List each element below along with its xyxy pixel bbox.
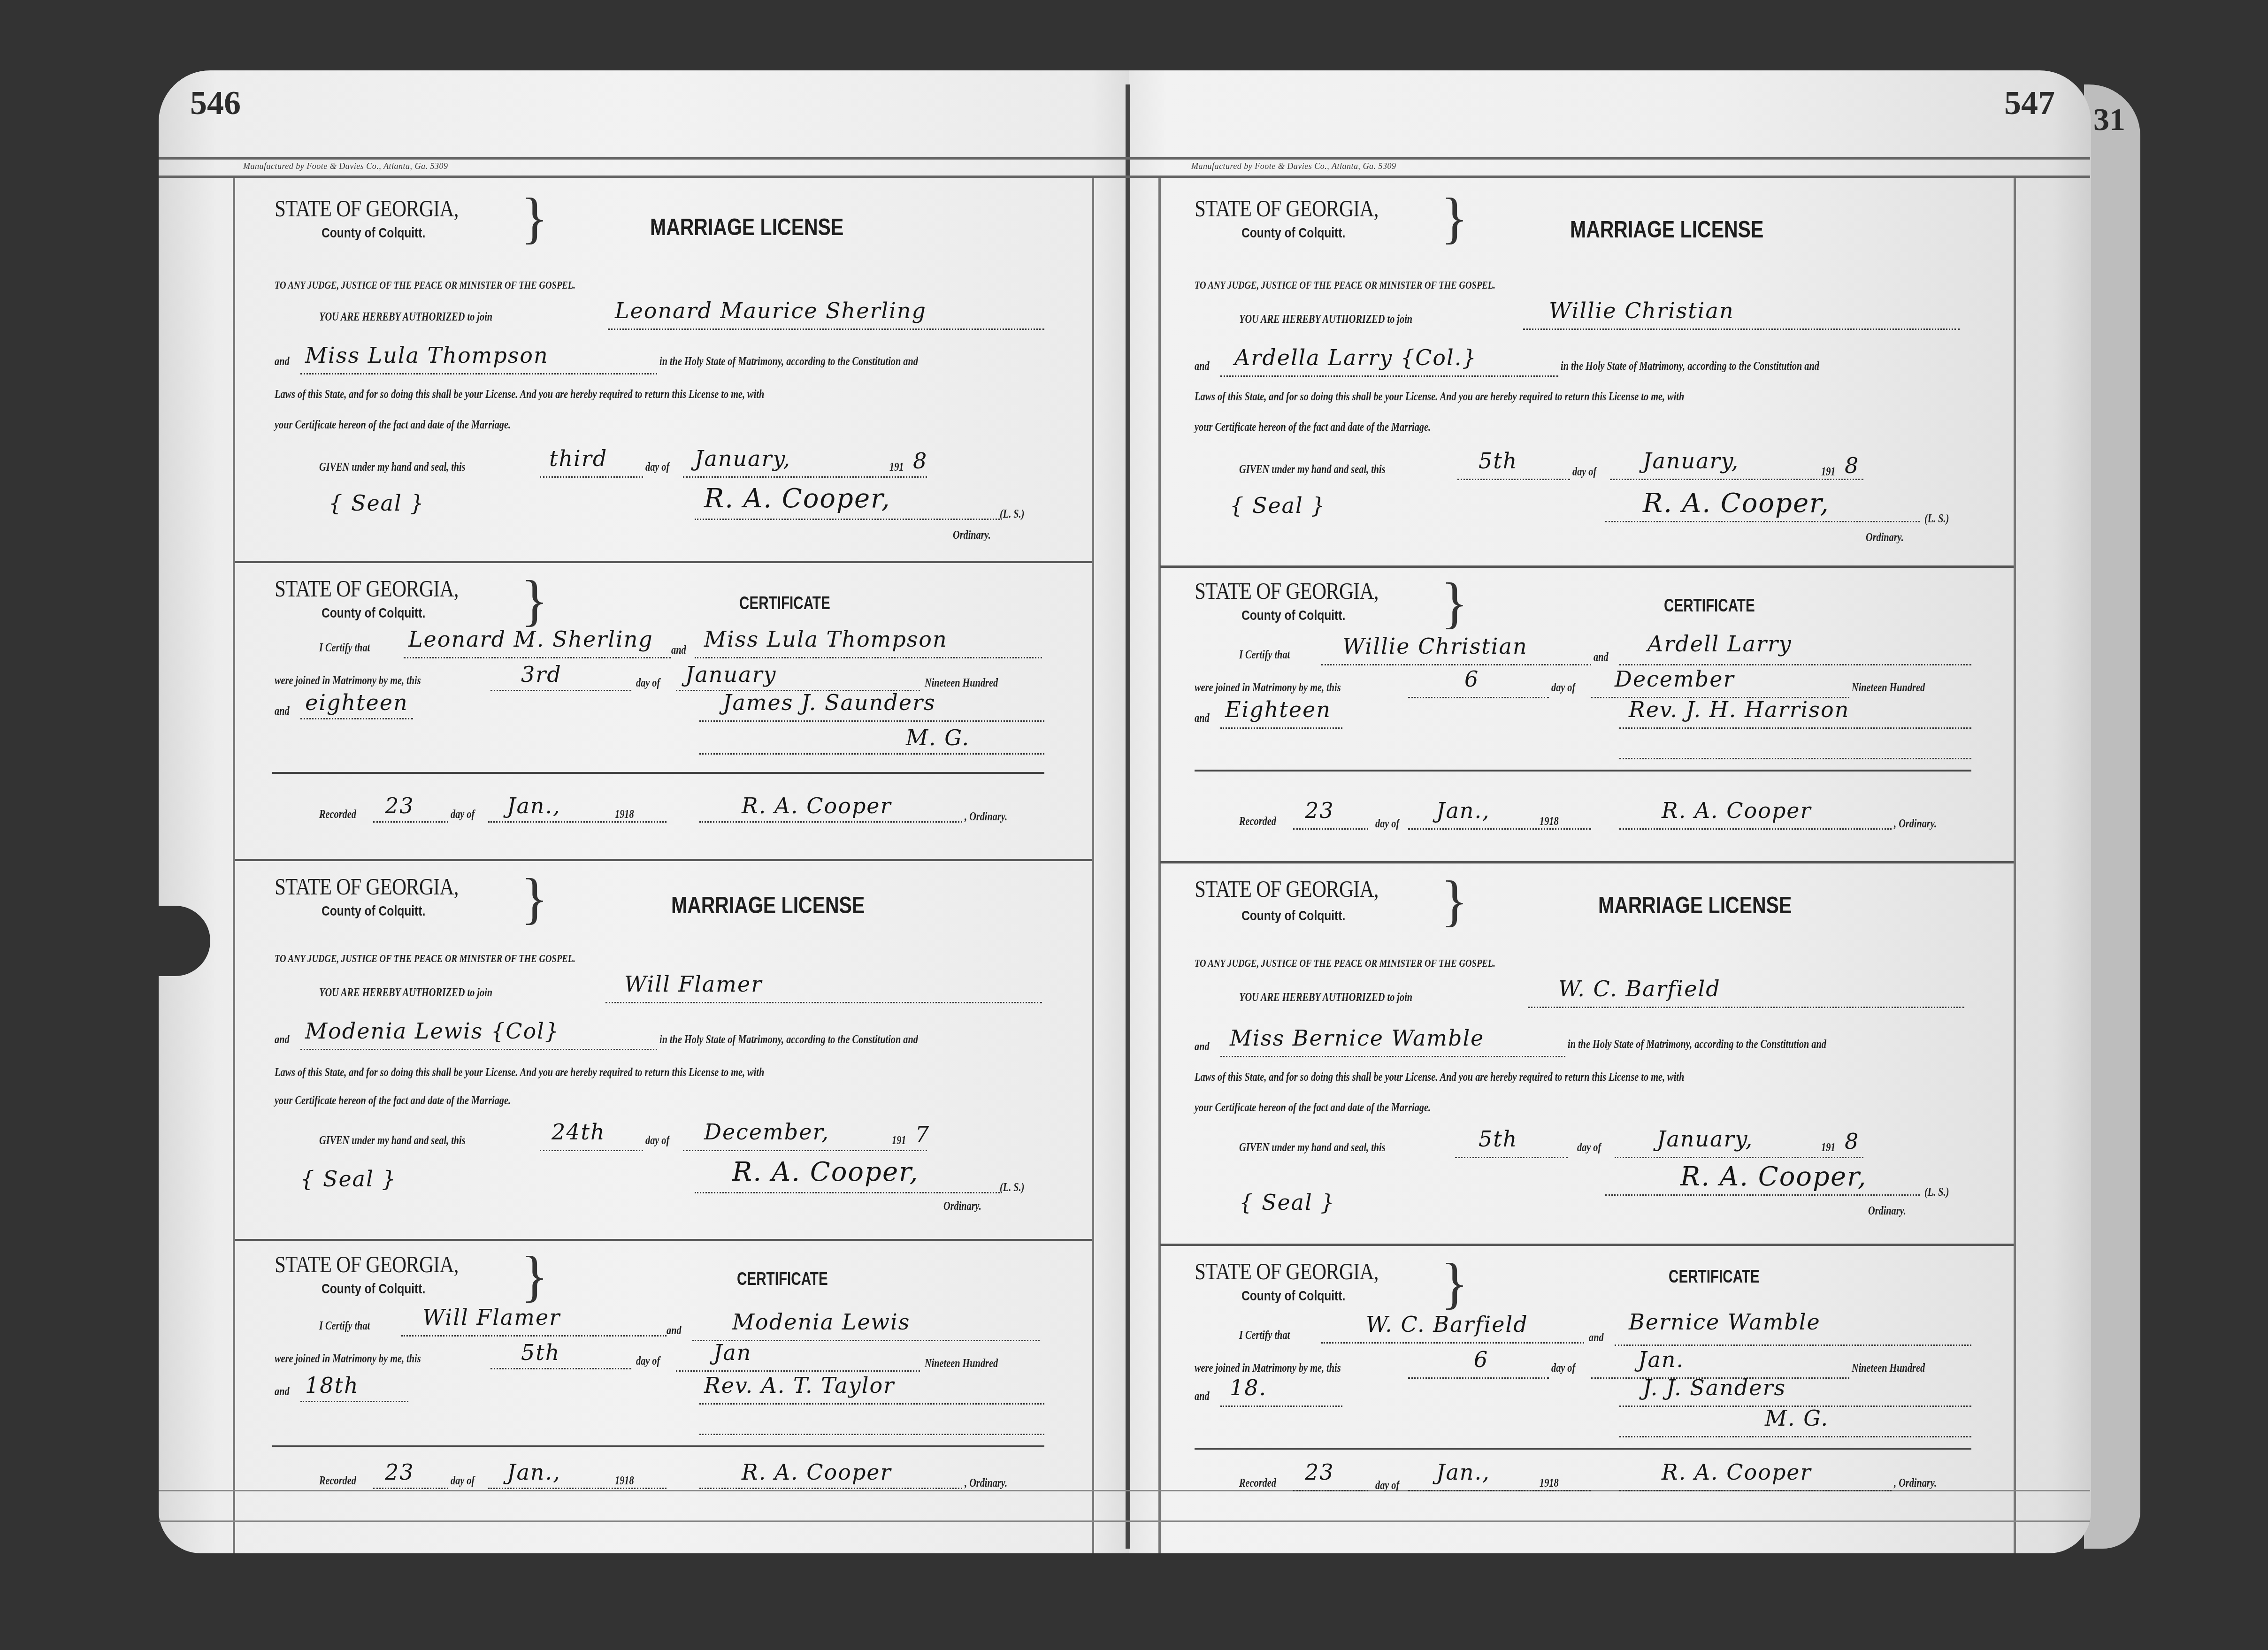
- officiant-title-line: [1619, 1436, 1971, 1437]
- certificate-officiant: Rev. J. H. Harrison: [1629, 697, 1849, 722]
- license-given-day: 5th: [1479, 1126, 1517, 1152]
- day-of-label: day of: [645, 460, 669, 474]
- recorded-day-line: [373, 1488, 448, 1489]
- bride-field-line: [300, 1049, 657, 1050]
- license-title: MARRIAGE LICENSE: [1570, 216, 1763, 243]
- certificate-day: 6: [1474, 1347, 1488, 1372]
- license-groom: W. C. Barfield: [1558, 976, 1721, 1001]
- license-bride: Ardella Larry {Col.}: [1234, 345, 1477, 370]
- bride-field-line: [695, 657, 1042, 658]
- recorded-month: Jan.,: [1436, 798, 1490, 823]
- license-bride: Miss Lula Thompson: [305, 343, 549, 368]
- ordinary-signature: R. A. Cooper,: [732, 1157, 919, 1187]
- license-title: MARRIAGE LICENSE: [671, 892, 865, 919]
- recorded-label: Recorded: [1239, 1476, 1276, 1490]
- given-label: GIVEN under my hand and seal, this: [319, 1133, 466, 1147]
- laws-text: Laws of this State, and for so doing thi…: [1195, 390, 1684, 404]
- recorded-month-line: [1408, 1490, 1591, 1491]
- holy-state-text: in the Holy State of Matrimony, accordin…: [659, 354, 918, 368]
- given-label: GIVEN under my hand and seal, this: [319, 460, 466, 474]
- certificate-bride: Ardell Larry: [1647, 631, 1792, 657]
- county-heading: County of Colquitt.: [1241, 225, 1345, 241]
- ordinary-label: , Ordinary.: [965, 1476, 1007, 1490]
- officiant-title-line: [699, 1434, 1044, 1435]
- certificate-day: 6: [1464, 666, 1479, 692]
- ls-label: (L. S.): [1000, 507, 1024, 521]
- ordinary-label: Ordinary.: [1868, 1204, 1906, 1218]
- signature-line: [1605, 1194, 1920, 1196]
- county-heading: County of Colquitt.: [322, 1281, 425, 1297]
- day-line: [490, 1368, 631, 1369]
- county-heading: County of Colquitt.: [1241, 908, 1345, 924]
- day-of-label: day of: [451, 807, 475, 821]
- county-heading: County of Colquitt.: [322, 605, 425, 621]
- ordinary-label: Ordinary.: [1866, 530, 1904, 544]
- groom-field-line: [605, 1002, 1042, 1003]
- your-certificate-text: your Certificate hereon of the fact and …: [1195, 420, 1431, 434]
- your-certificate-text: your Certificate hereon of the fact and …: [275, 418, 511, 432]
- recorded-day: 23: [1305, 1459, 1334, 1485]
- and-label: and: [1589, 1330, 1604, 1344]
- certificate-officiant-title: M. G.: [1765, 1406, 1829, 1431]
- right-header-rule: Manufactured by Foote & Davies Co., Atla…: [1130, 157, 2090, 178]
- ordinary-signature: R. A. Cooper,: [704, 483, 891, 514]
- officiant-title-line: [1619, 758, 1971, 759]
- authorized-label: YOU ARE HEREBY AUTHORIZED to join: [1239, 312, 1412, 326]
- ordinary-signature: R. A. Cooper,: [1643, 488, 1830, 519]
- certificate-officiant: James J. Saunders: [723, 690, 936, 715]
- given-day-line: [1455, 1157, 1568, 1158]
- day-of-label: day of: [1572, 465, 1596, 479]
- year-words-line: [300, 1401, 408, 1402]
- recorded-day: 23: [385, 1459, 414, 1485]
- recorded-rule: [1195, 770, 1971, 772]
- certificate-officiant-title: M. G.: [906, 725, 970, 750]
- recorded-year: 1918: [615, 1474, 634, 1488]
- manufacturer-imprint: Manufactured by Foote & Davies Co., Atla…: [1191, 161, 1396, 171]
- and-label: and: [667, 1323, 682, 1337]
- laws-text: Laws of this State, and for so doing thi…: [1195, 1070, 1684, 1084]
- seal-mark: { Seal }: [1230, 493, 1326, 518]
- certify-label: I Certify that: [1239, 1328, 1290, 1342]
- recorded-day-line: [1293, 828, 1368, 830]
- brace: }: [521, 190, 548, 246]
- and-label: and: [275, 1032, 290, 1047]
- county-heading: County of Colquitt.: [1241, 1288, 1345, 1304]
- year-words-line: [300, 718, 413, 719]
- seal-mark: { Seal }: [1239, 1190, 1335, 1215]
- brace: }: [521, 573, 548, 629]
- certificate-groom: Willie Christian: [1342, 634, 1528, 659]
- given-label: GIVEN under my hand and seal, this: [1239, 1140, 1386, 1154]
- right-page-inner-rule: [1158, 178, 1161, 1553]
- and-label: and: [1594, 650, 1609, 664]
- license-given-day: third: [549, 446, 607, 471]
- and-label: and: [1195, 1039, 1210, 1054]
- ordinary-label: Ordinary.: [953, 528, 991, 542]
- groom-field-line: [404, 657, 671, 658]
- ordinary-label: , Ordinary.: [965, 810, 1007, 824]
- ordinary-label: Ordinary.: [943, 1199, 981, 1213]
- given-month-line: [1615, 1157, 1863, 1158]
- year-words-line: [1220, 1406, 1342, 1407]
- county-heading: County of Colquitt.: [322, 225, 425, 241]
- day-of-label: day of: [1577, 1140, 1601, 1154]
- certificate-day: 3rd: [521, 662, 562, 687]
- holy-state-text: in the Holy State of Matrimony, accordin…: [1568, 1037, 1826, 1051]
- joined-label: were joined in Matrimony by me, this: [275, 673, 421, 687]
- holy-state-text: in the Holy State of Matrimony, accordin…: [1561, 359, 1819, 373]
- state-heading: STATE OF GEORGIA,: [1195, 577, 1379, 604]
- recorded-month: Jan.,: [507, 793, 561, 818]
- ordinary-label: , Ordinary.: [1894, 817, 1937, 831]
- your-certificate-text: your Certificate hereon of the fact and …: [275, 1093, 511, 1108]
- recorder-signature: R. A. Cooper: [1662, 798, 1812, 823]
- certificate-groom: Leonard M. Sherling: [408, 626, 653, 652]
- certificate-officiant: Rev. A. T. Taylor: [704, 1373, 895, 1398]
- certificate-bride: Modenia Lewis: [732, 1309, 910, 1335]
- certificate-month: January: [685, 662, 777, 687]
- and-label: and: [1195, 711, 1210, 725]
- nineteen-hundred-label: Nineteen Hundred: [1852, 680, 1925, 695]
- recorded-day-line: [1293, 1490, 1368, 1491]
- license-groom: Will Flamer: [624, 971, 762, 997]
- address-line: TO ANY JUDGE, JUSTICE OF THE PEACE OR MI…: [1195, 279, 1495, 292]
- given-day-line: [540, 476, 643, 478]
- certify-label: I Certify that: [319, 1319, 370, 1333]
- authorized-label: YOU ARE HEREBY AUTHORIZED to join: [319, 310, 492, 324]
- year-prefix: 191: [1821, 465, 1835, 479]
- license-title: MARRIAGE LICENSE: [1598, 892, 1792, 919]
- day-of-label: day of: [636, 676, 660, 690]
- state-heading: STATE OF GEORGIA,: [275, 873, 459, 900]
- groom-field-line: [1321, 664, 1591, 665]
- brace: }: [1441, 873, 1468, 929]
- recorder-signature: R. A. Cooper: [1662, 1459, 1812, 1485]
- brace: }: [1441, 575, 1468, 631]
- license-year-digit: 8: [1845, 1129, 1859, 1154]
- recorder-signature-line: [699, 1488, 962, 1489]
- day-of-label: day of: [451, 1474, 475, 1488]
- day-of-label: day of: [1551, 1361, 1575, 1375]
- year-words-line: [1220, 727, 1342, 729]
- recorder-signature-line: [1619, 1490, 1892, 1491]
- section-divider: [1160, 861, 2014, 863]
- certificate-month: Jan.: [1638, 1347, 1684, 1372]
- certificate-month: Jan: [713, 1340, 752, 1365]
- certificate-title: CERTIFICATE: [737, 1269, 828, 1290]
- given-day-line: [1457, 479, 1570, 480]
- recorded-day-line: [373, 821, 448, 823]
- section-divider: [235, 561, 1092, 563]
- seal-mark: { Seal }: [329, 490, 425, 516]
- given-month-line: [1610, 479, 1863, 480]
- license-title: MARRIAGE LICENSE: [650, 214, 843, 241]
- license-given-day: 24th: [552, 1119, 605, 1145]
- license-year-digit: 8: [913, 448, 927, 474]
- license-groom: Willie Christian: [1549, 298, 1734, 323]
- recorded-month: Jan.,: [507, 1459, 561, 1485]
- book-spine: [1126, 84, 1130, 1549]
- nineteen-hundred-label: Nineteen Hundred: [925, 676, 998, 690]
- page-tab-notch: [141, 906, 210, 976]
- recorder-signature: R. A. Cooper: [742, 1459, 892, 1485]
- section-divider: [235, 1239, 1092, 1241]
- license-year-digit: 8: [1845, 453, 1859, 478]
- joined-label: were joined in Matrimony by me, this: [1195, 1361, 1341, 1375]
- given-day-line: [540, 1150, 643, 1151]
- day-of-label: day of: [636, 1354, 660, 1368]
- ordinary-label: , Ordinary.: [1894, 1476, 1937, 1490]
- certificate-title: CERTIFICATE: [1669, 1267, 1760, 1287]
- certificate-title: CERTIFICATE: [1664, 596, 1755, 616]
- left-page-number: 546: [190, 84, 241, 122]
- nineteen-hundred-label: Nineteen Hundred: [1852, 1361, 1925, 1375]
- section-divider: [1160, 1244, 2014, 1246]
- address-line: TO ANY JUDGE, JUSTICE OF THE PEACE OR MI…: [275, 279, 575, 292]
- certify-label: I Certify that: [1239, 648, 1290, 662]
- given-label: GIVEN under my hand and seal, this: [1239, 462, 1386, 476]
- and-label: and: [275, 704, 290, 718]
- license-given-month: December,: [704, 1119, 829, 1145]
- recorded-month-line: [1408, 828, 1591, 830]
- address-line: TO ANY JUDGE, JUSTICE OF THE PEACE OR MI…: [275, 953, 575, 965]
- state-heading: STATE OF GEORGIA,: [1195, 195, 1379, 222]
- certificate-year-words: 18.: [1230, 1375, 1267, 1400]
- license-given-month: January,: [1657, 1126, 1753, 1152]
- certificate-bride: Bernice Wamble: [1629, 1309, 1821, 1335]
- license-given-month: January,: [695, 446, 791, 471]
- joined-label: were joined in Matrimony by me, this: [275, 1352, 421, 1366]
- groom-field-line: [1523, 328, 1960, 330]
- certificate-groom: W. C. Barfield: [1366, 1312, 1528, 1337]
- manufacturer-imprint: Manufactured by Foote & Davies Co., Atla…: [243, 161, 448, 171]
- state-heading: STATE OF GEORGIA,: [275, 1251, 459, 1278]
- signature-line: [695, 519, 1000, 520]
- given-month-line: [683, 476, 927, 478]
- ls-label: (L. S.): [1000, 1180, 1024, 1194]
- day-of-label: day of: [1551, 680, 1575, 695]
- bride-field-line: [300, 373, 657, 374]
- officiant-line: [699, 720, 1044, 722]
- bride-field-line: [1615, 1344, 1971, 1346]
- certify-label: I Certify that: [319, 641, 370, 655]
- recorded-label: Recorded: [319, 807, 356, 821]
- laws-text: Laws of this State, and for so doing thi…: [275, 1065, 764, 1079]
- and-label: and: [275, 1384, 290, 1398]
- laws-text: Laws of this State, and for so doing thi…: [275, 387, 764, 401]
- recorded-day: 23: [385, 793, 414, 818]
- signature-line: [695, 1192, 1000, 1193]
- recorded-month-line: [488, 821, 667, 823]
- month-line: [676, 1370, 920, 1372]
- license-groom: Leonard Maurice Sherling: [615, 298, 927, 323]
- certificate-year-words: 18th: [305, 1373, 359, 1398]
- section-divider: [1160, 565, 2014, 568]
- certificate-year-words: eighteen: [305, 690, 408, 715]
- brace: }: [521, 871, 548, 927]
- right-margin-rule: [2014, 178, 2016, 1553]
- license-bride: Miss Bernice Wamble: [1230, 1025, 1484, 1051]
- recorded-year: 1918: [1540, 814, 1559, 828]
- ordinary-signature: R. A. Cooper,: [1680, 1161, 1867, 1192]
- recorded-label: Recorded: [319, 1474, 356, 1488]
- recorder-signature-line: [699, 821, 962, 823]
- signature-line: [1605, 521, 1920, 522]
- recorded-rule: [272, 772, 1044, 774]
- recorded-day: 23: [1305, 798, 1334, 823]
- officiant-line: [699, 1403, 1044, 1405]
- section-divider: [235, 859, 1092, 861]
- year-prefix: 191: [892, 1133, 906, 1147]
- left-margin-rule: [233, 178, 235, 1553]
- recorder-signature-line: [1619, 828, 1892, 830]
- certificate-title: CERTIFICATE: [739, 594, 830, 614]
- day-line: [1408, 697, 1549, 698]
- officiant-line: [1619, 727, 1971, 729]
- and-label: and: [275, 354, 290, 368]
- address-line: TO ANY JUDGE, JUSTICE OF THE PEACE OR MI…: [1195, 957, 1495, 970]
- groom-field-line: [401, 1335, 667, 1337]
- holy-state-text: in the Holy State of Matrimony, accordin…: [659, 1032, 918, 1047]
- bottom-rule: [159, 1520, 2090, 1522]
- ls-label: (L. S.): [1924, 1185, 1949, 1199]
- left-header-rule: Manufactured by Foote & Davies Co., Atla…: [159, 157, 1130, 178]
- recorded-rule: [272, 1445, 1044, 1447]
- recorder-signature: R. A. Cooper: [742, 793, 892, 818]
- certificate-year-words: Eighteen: [1225, 697, 1331, 722]
- recorded-month-line: [488, 1488, 667, 1489]
- seal-mark: { Seal }: [300, 1166, 397, 1192]
- county-heading: County of Colquitt.: [322, 903, 425, 919]
- and-label: and: [671, 643, 686, 657]
- license-bride: Modenia Lewis {Col}: [305, 1018, 559, 1044]
- certificate-bride: Miss Lula Thompson: [704, 626, 948, 652]
- license-given-day: 5th: [1479, 448, 1517, 474]
- recorded-label: Recorded: [1239, 814, 1276, 828]
- groom-field-line: [608, 328, 1044, 330]
- recorded-year: 1918: [1540, 1476, 1559, 1490]
- state-heading: STATE OF GEORGIA,: [1195, 1258, 1379, 1285]
- ls-label: (L. S.): [1924, 512, 1949, 526]
- bride-field-line: [1220, 375, 1558, 377]
- year-prefix: 191: [889, 460, 904, 474]
- recorded-year: 1918: [615, 807, 634, 821]
- bride-field-line: [1619, 664, 1971, 665]
- groom-field-line: [1528, 1007, 1964, 1008]
- recorded-month: Jan.,: [1436, 1459, 1490, 1485]
- groom-field-line: [1321, 1342, 1584, 1344]
- license-given-month: January,: [1643, 448, 1739, 474]
- state-heading: STATE OF GEORGIA,: [275, 195, 459, 222]
- authorized-label: YOU ARE HEREBY AUTHORIZED to join: [319, 985, 492, 1000]
- bride-field-line: [1220, 1056, 1565, 1057]
- day-of-label: day of: [645, 1133, 669, 1147]
- day-of-label: day of: [1375, 817, 1399, 831]
- officiant-title-line: [699, 753, 1044, 755]
- and-label: and: [1195, 359, 1210, 373]
- state-heading: STATE OF GEORGIA,: [275, 575, 459, 602]
- certificate-groom: Will Flamer: [422, 1305, 560, 1330]
- state-heading: STATE OF GEORGIA,: [1195, 875, 1379, 902]
- brace: }: [1441, 190, 1468, 246]
- certificate-officiant: J. J. Sanders: [1643, 1375, 1786, 1400]
- county-heading: County of Colquitt.: [1241, 608, 1345, 624]
- authorized-label: YOU ARE HEREBY AUTHORIZED to join: [1239, 990, 1412, 1004]
- certificate-day: 5th: [521, 1340, 560, 1365]
- left-page-inner-rule: [1092, 178, 1094, 1553]
- license-year-digit: 7: [915, 1122, 930, 1147]
- given-month-line: [683, 1150, 927, 1151]
- brace: }: [521, 1248, 548, 1305]
- certificate-month: December: [1615, 666, 1734, 692]
- day-line: [1408, 1377, 1549, 1379]
- year-prefix: 191: [1821, 1140, 1835, 1154]
- day-line: [490, 690, 631, 691]
- nineteen-hundred-label: Nineteen Hundred: [925, 1356, 998, 1370]
- your-certificate-text: your Certificate hereon of the fact and …: [1195, 1100, 1431, 1115]
- and-label: and: [1195, 1389, 1210, 1403]
- right-page-number: 547: [2004, 84, 2055, 122]
- joined-label: were joined in Matrimony by me, this: [1195, 680, 1341, 695]
- day-of-label: day of: [1375, 1478, 1399, 1492]
- underlying-page-edge: [2084, 84, 2140, 1549]
- brace: }: [1441, 1255, 1468, 1312]
- underlying-page-number: 31: [2093, 101, 2125, 138]
- recorded-rule: [1195, 1448, 1971, 1450]
